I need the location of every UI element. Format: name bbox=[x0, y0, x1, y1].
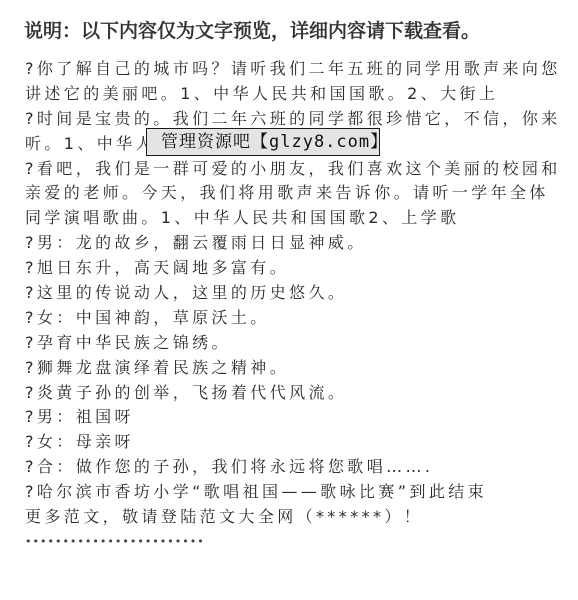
document-line: ?女：母亲呀 bbox=[25, 430, 555, 455]
document-line: ?男：祖国呀 bbox=[25, 405, 555, 430]
document-line: ?狮舞龙盘演绎着民族之精神。 bbox=[25, 356, 555, 381]
watermark-overlay: 管理资源吧【glzy8.com】 bbox=[146, 128, 380, 156]
document-line: ?看吧，我们是一群可爱的小朋友，我们喜欢这个美丽的校园和 bbox=[25, 157, 555, 182]
dotted-separator: •••••••••••••••••••••••• bbox=[25, 530, 555, 555]
document-line: ?孕育中华民族之锦绣。 bbox=[25, 331, 555, 356]
document-line: 更多范文，敬请登陆范文大全网（******）！ bbox=[25, 505, 555, 530]
document-line: 讲述它的美丽吧。1、中华人民共和国国歌。2、大街上 bbox=[25, 82, 555, 107]
document-line: ?合：做作您的子孙，我们将永远将您歌唱……. bbox=[25, 455, 555, 480]
document-line: ?男：龙的故乡，翻云覆雨日日显神威。 bbox=[25, 231, 555, 256]
document-line: ?旭日东升，高天阔地多富有。 bbox=[25, 256, 555, 281]
document-line: ?哈尔滨市香坊小学“歌唱祖国——歌咏比赛”到此结束 bbox=[25, 480, 555, 505]
document-line: 亲爱的老师。今天，我们将用歌声来告诉你。请听一学年全体 bbox=[25, 181, 555, 206]
document-line: ?这里的传说动人，这里的历史悠久。 bbox=[25, 281, 555, 306]
document-line: ?女：中国神韵，草原沃土。 bbox=[25, 306, 555, 331]
document-line: ?炎黄子孙的创举，飞扬着代代风流。 bbox=[25, 381, 555, 406]
preview-notice-heading: 说明：以下内容仅为文字预览，详细内容请下载查看。 bbox=[24, 17, 480, 45]
document-line: ?你了解自己的城市吗？请听我们二年五班的同学用歌声来向您 bbox=[25, 57, 555, 82]
document-line: 同学演唱歌曲。1、中华人民共和国国歌2、上学歌 bbox=[25, 206, 555, 231]
